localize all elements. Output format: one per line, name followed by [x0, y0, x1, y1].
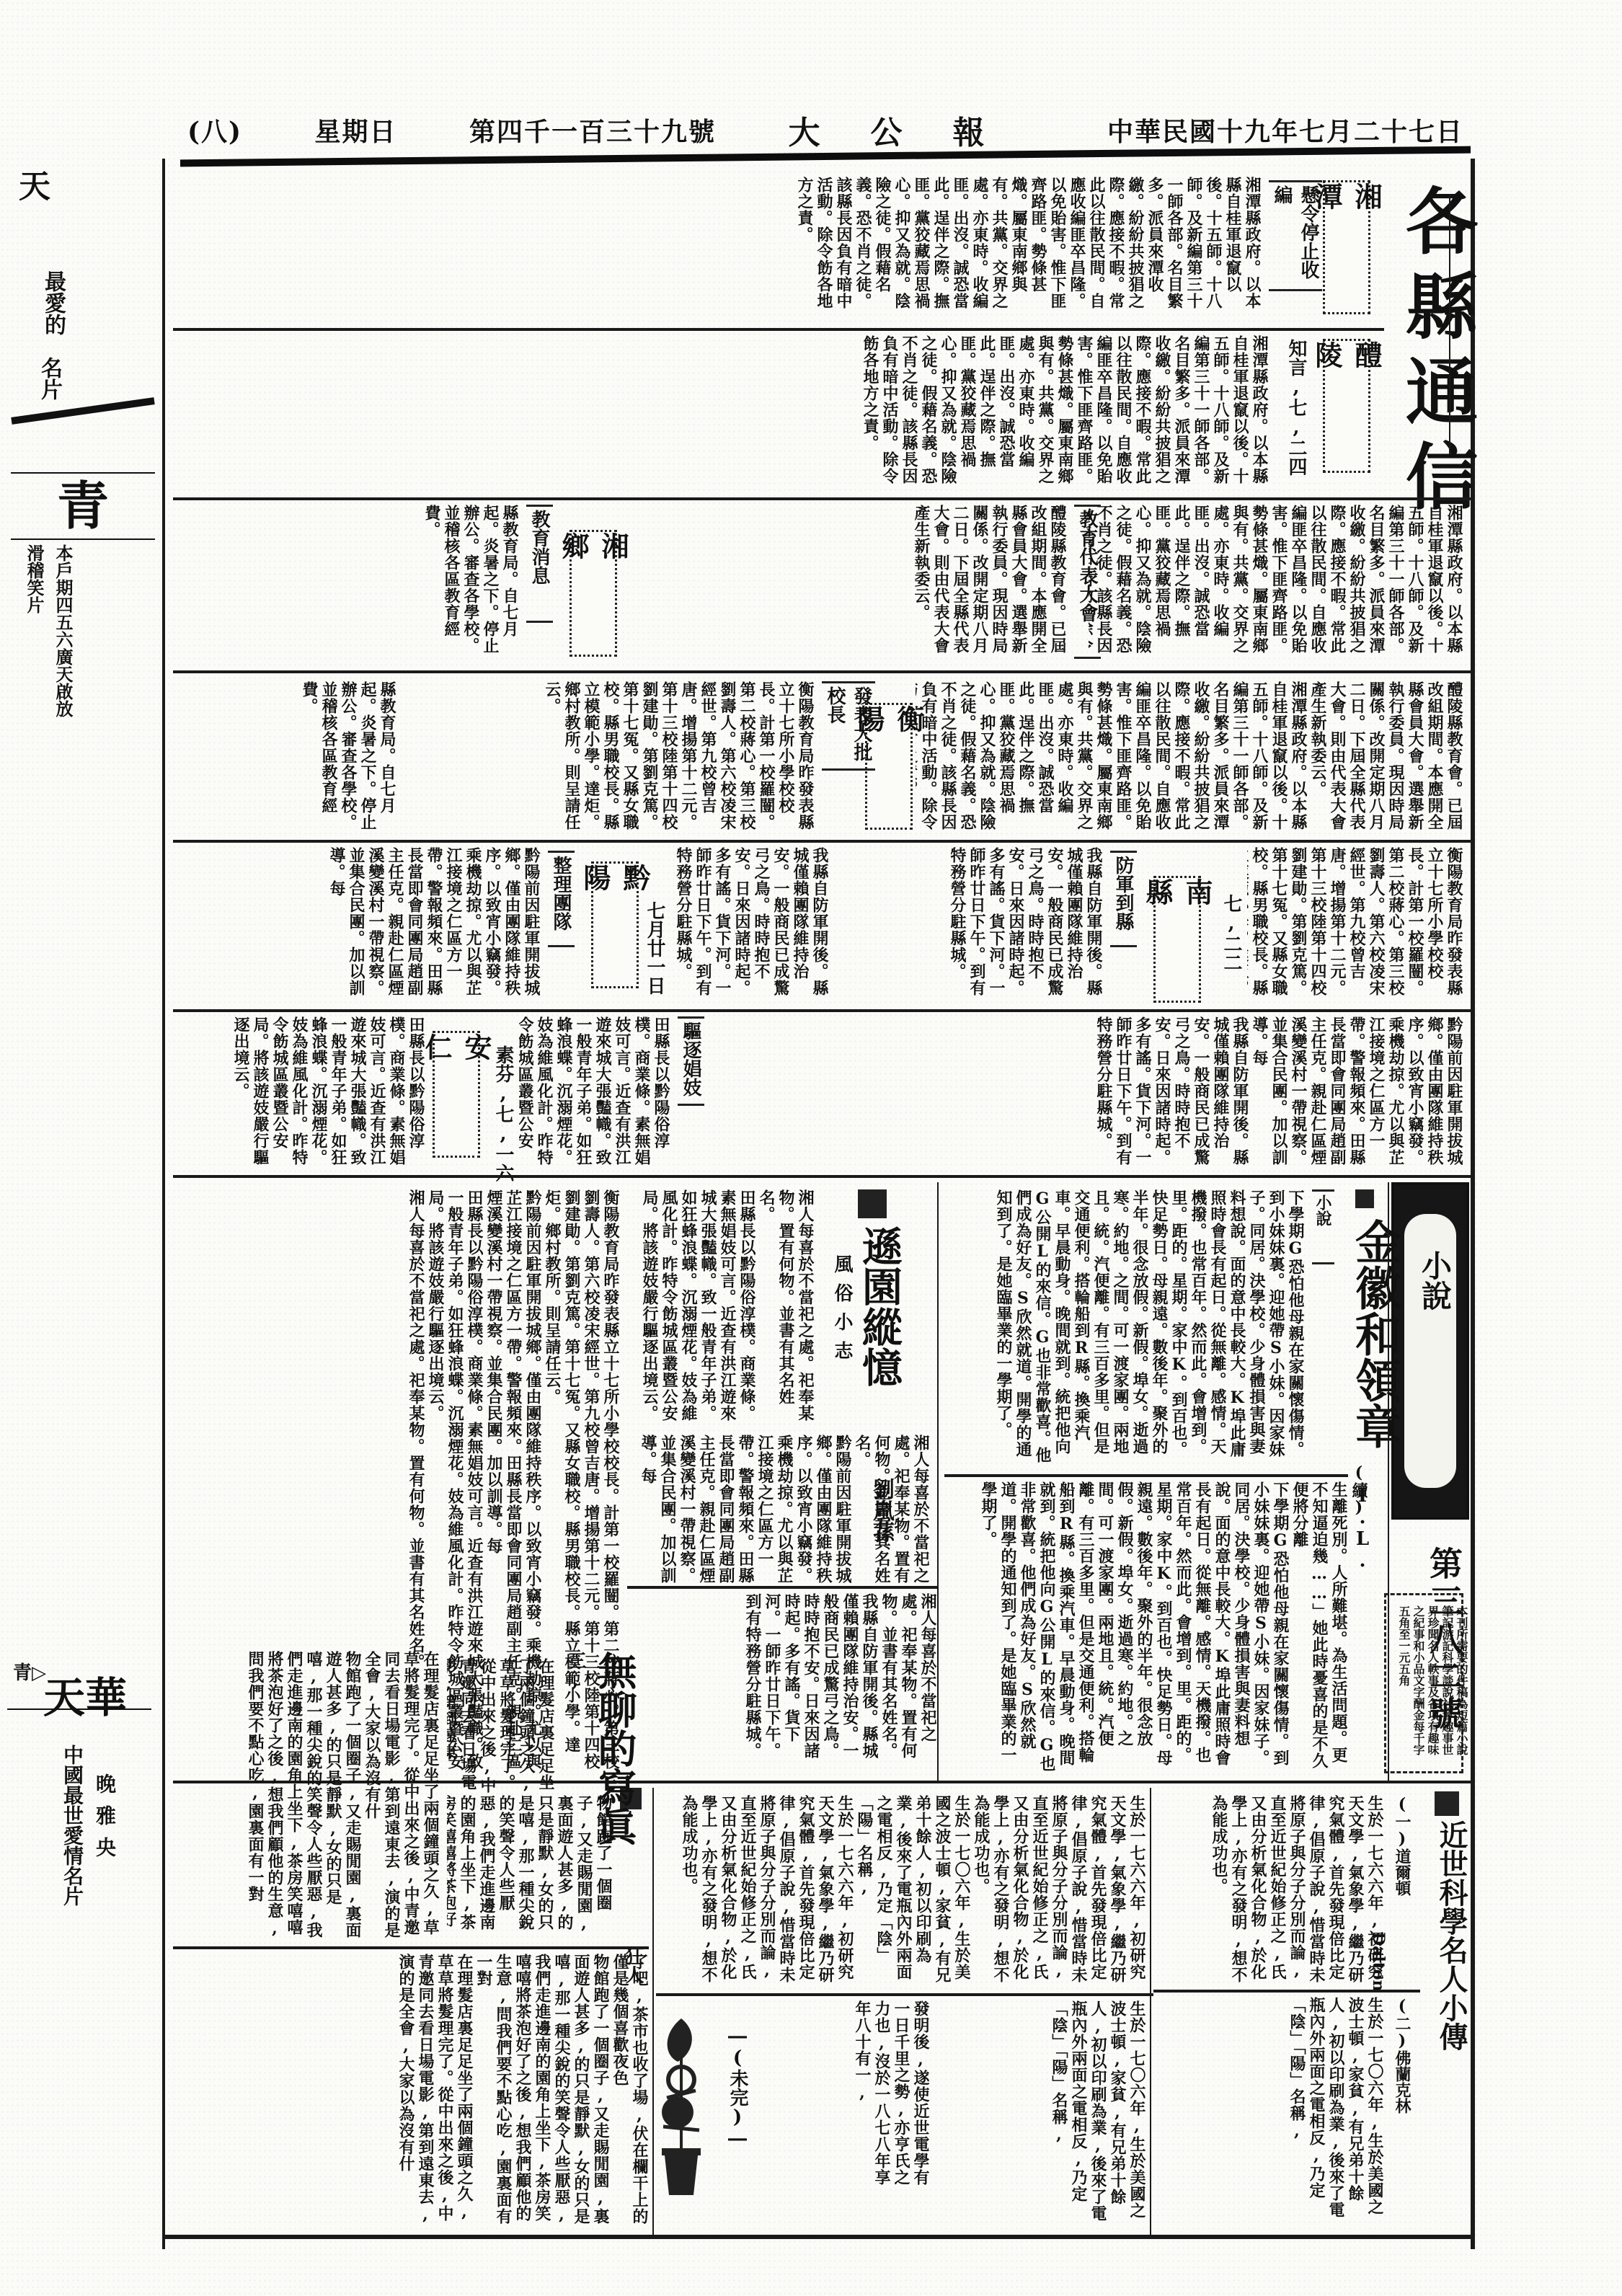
to-be-continued: ―(未完)― — [724, 2026, 751, 2150]
science-rule-2 — [656, 1993, 1153, 1996]
essay-part: 三, — [562, 1651, 589, 1691]
article-liling-cont: 湘潭縣政府。以本縣自桂軍退竄以後。十五師。十八師。及新編第三十一師各部。名目繁多… — [1089, 505, 1463, 667]
headline-hengyang: 發表大批校長 — [822, 681, 875, 771]
ad-bottom-item: 晚雅央 — [90, 1773, 119, 1869]
ad-top-line: 最愛的 — [37, 270, 68, 335]
bottom-divider-2 — [1150, 1788, 1151, 2235]
essay-text-bottom: 了吧,茶市也收了場,伏在欄干上的僅是幾個喜歡夜色物館跑了一個圈子,又走賜閒園,裏… — [173, 1954, 649, 2228]
ad-bottom-text: 中國最世愛情名片 — [58, 1745, 87, 1906]
science-entry-1-index: (一)道爾頓 — [1391, 1795, 1414, 1896]
essay-text: 在理髮店裏足足坐了兩個鐘頭之久,草草將髮理完了。從中出來之後,中青邀同去看日場電… — [447, 1658, 555, 1795]
article-liling-pre: 湘潭縣政府。以本縣自桂軍退竄以後。十五師。十八師。及新編第三十一師各部。名目繁多… — [173, 335, 1269, 494]
science-entry-2-text: 生於一七〇六年,生於美國之波士頓,家貧,有兄弟十餘人,初以印刷為業,後來了電瓶內… — [1153, 1997, 1384, 2228]
science-entry-2-index: (二)佛蘭克林 — [1391, 1997, 1414, 2114]
article-row5-right: 衡陽教育局昨發表縣立十七所小學校校長。計第一校羅闓。第二校蔣心。第三校劉壽人。第… — [1247, 847, 1463, 1006]
paper-name: 大公報 — [789, 107, 1035, 153]
headline-anren: 驅逐娼妓 — [678, 1016, 704, 1106]
row-rule-1 — [173, 328, 1384, 331]
science-entry-1-text: 生於一七六六年,初研究天文學,氣象學,繼乃研究氣體,首先發現倍比定律,倡原子說,… — [1153, 1795, 1384, 1986]
novel-rule — [944, 1474, 1348, 1477]
science-ending: 發明後,遂使近世電學有一日千里之勢,亦亨氏之力也,沒於一八七八年享年八十有一, — [786, 2000, 930, 2188]
article-qianyang: 黔陽前因駐軍開拔城鄉。僅由團隊維持秩序。以致宵小竊發。乘機劫掠。尤以與芷江接境之… — [173, 847, 541, 1006]
page-number: (八) — [187, 112, 242, 149]
date-qianyang: 七月廿一日 — [642, 901, 668, 995]
essay-rule — [173, 1946, 649, 1949]
novel-text: 下學期G恐怕他母親在家關懷傷情。到小妹妹裏。迎她帶S小妹。因家妹子。同居。決學校… — [944, 1189, 1305, 1471]
issue-number: 第四千一百三十九號 — [469, 112, 716, 149]
novel-label: 小說 — [1312, 1189, 1334, 1264]
district-box-anren: 安仁 — [433, 1031, 480, 1158]
district-box-nanxian: 南縣 — [1153, 876, 1201, 1003]
bottom-border — [162, 2235, 1474, 2239]
memoir-text-lower: 湘人每喜於不當祀之處。祀奉某物。置有何物。並書有其名姓名。我縣自防軍開後。縣城僅… — [627, 1593, 937, 1773]
novel-author: I.L. — [1352, 1485, 1373, 1572]
title-rule — [1449, 195, 1450, 454]
headline-xiangtan: 懸令停止收編 — [1269, 180, 1322, 291]
article-row6-right: 黔陽前因駐軍開拔城鄉。僅由團隊維持秩序。以致宵小竊發。乘機劫掠。尤以與芷江接境之… — [714, 1016, 1463, 1168]
article-row5-mid: 我縣自防軍開後。縣城僅賴團隊維持治安。一般商民已成驚弓之鳥。時時抱不安。日來因諸… — [670, 847, 829, 1006]
headline-qianyang: 整理團隊 — [548, 851, 575, 947]
article-nanxian: 我縣自防軍開後。縣城僅賴團隊維持治安。一般商民已成驚弓之鳥。時時抱不安。日來因諸… — [836, 847, 1103, 1006]
illustration-label: 小說 — [1413, 1250, 1456, 1311]
novel-divider — [1388, 1182, 1389, 1781]
square-mark-memoir — [858, 1189, 887, 1221]
publication-date: 中華民國十九年七月二十七日 — [1107, 112, 1463, 149]
row-rule-4 — [173, 840, 1471, 843]
flower-vase-icon — [656, 2011, 706, 2199]
ad-title: 青 — [11, 472, 155, 540]
science-rule — [1153, 1990, 1420, 1993]
section-title: 各縣通信 — [1384, 184, 1488, 524]
ad-sub: 本戶期四五六廣天啟放 — [50, 544, 76, 732]
headline-nanxian: 防軍到縣 — [1110, 851, 1137, 947]
article-anren: 田縣長以黔陽俗淳樸。商業條。素無娼妓可言。近查有洪江遊來城大張豔幟。致一般青年子… — [519, 1016, 670, 1168]
memoir-divider — [937, 1182, 939, 1781]
essay-text-2: 物館跑了一個圈子,又走賜閒園,裏面遊人甚多,的只是靜默,女的只是嘻,那一種尖銳的… — [447, 1795, 613, 1939]
science-cont-upper: 生於一七六六年,初研究天文學,氣象學,繼乃研究氣體,首先發現倍比定律,倡原子說,… — [656, 1795, 1146, 1990]
square-mark-science — [1435, 1791, 1459, 1819]
row-rule-3 — [173, 670, 1471, 673]
science-title: 近世科學名人小傳 — [1431, 1820, 1472, 2051]
memoir-text-cont: 湘人每喜於不當祀之處。祀奉某物。置有何物。並書有其名姓名。黔陽前因駐軍開拔城鄉。… — [627, 1435, 930, 1593]
left-border — [162, 159, 165, 2249]
submission-notice: 本刊所需要的件稿為短篇小說筆記游記科學談說社會趣事世界珍聞名人軼事及各項有趣味之… — [1384, 1593, 1463, 1773]
headline-xiangxiang: 教育消息 — [526, 505, 553, 623]
date-nanxian: 七,二二 — [1218, 894, 1245, 972]
essay-text-left: 在理髮店裏足足坐了兩個鐘頭之久,草草將髮理完了。從中出來之後,中青邀同去看日場電… — [173, 1651, 440, 1939]
ad-sub2: 滑稽笑片 — [22, 544, 47, 732]
bottom-divider-1 — [652, 1788, 654, 2235]
article-row4-left: 縣教育局。自七月起。炎暑之下。停止辦公。審查各學校。並稽核各區教育經費。 — [173, 681, 396, 833]
memoir-rule — [627, 1586, 937, 1589]
row-rule-6 — [173, 1175, 1471, 1178]
ad-bottom-prefix: 青▷ — [13, 1658, 46, 1685]
date-liling: 知言,七,二四 — [1283, 339, 1310, 476]
ad-top-line2: 名片 — [33, 357, 65, 400]
memoir-title: 遜園縱憶 — [851, 1225, 908, 1387]
district-box-xiangtan: 湘潭 — [1323, 180, 1370, 314]
masthead: (八) 星期日 第四千一百三十九號 大公報 中華民國十九年七月二十七日 — [187, 108, 1463, 151]
district-box-xiangxiang: 湘鄉 — [570, 530, 617, 657]
novel-title: 金徽和領章 — [1341, 1218, 1407, 1449]
date-anren: 素芬,七,一六 — [490, 1045, 517, 1182]
article-hengyang: 衡陽教育局昨發表縣立十七所小學校校長。計第一校羅闓。第二校蔣心。第三校劉壽人。第… — [404, 681, 815, 833]
memoir-subtitle: 風俗小志 — [829, 1254, 856, 1370]
article-row6-left: 田縣長以黔陽俗淳樸。商業條。素無娼妓可言。近查有洪江遊來城大張豔幟。致一般青年子… — [173, 1016, 425, 1168]
left-ad-top: 天 最愛的 名片 青 本戶期四五六廣天啟放 滑稽笑片 — [11, 169, 155, 746]
article-liling: 醴陵縣教育會。已屆改組期間。本應開全縣會員大會。選舉新執行委員。現因時局關係。改… — [793, 505, 1067, 667]
article-row4-right: 醴陵縣教育會。已屆改組期間。本應開全縣會員大會。選舉新執行委員。現因時局關係。改… — [916, 681, 1463, 833]
left-ad-bottom: 青▷ 天華 中國最世愛情名片 晚雅央 — [7, 1651, 151, 1954]
ad-ink-smear — [11, 397, 154, 425]
row-rule-5 — [173, 1009, 1471, 1012]
weekday: 星期日 — [315, 112, 397, 149]
ad-top-char: 天 — [8, 169, 54, 201]
science-cont-lower: 生於一七〇六年,生於美國之波士頓,家貧,有兄弟十餘人,初以印刷為業,後來了電瓶內… — [937, 2000, 1146, 2228]
square-mark-novel — [1355, 1189, 1374, 1213]
row-rule-2 — [173, 497, 1471, 500]
article-xiangxiang: 縣教育局。自七月起。炎暑之下。停止辦公。審查各學校。並稽核各區教育經費。 — [173, 505, 519, 667]
novel-text-cont: 生離死別。人所難堪。為生活問題。更不知逼迫幾……」她此時憂喜的是不久便將分離下學… — [944, 1481, 1348, 1777]
ad-bottom-title: 天華 — [43, 1664, 127, 1724]
district-box-liling: 醴陵 — [1323, 339, 1370, 473]
district-box-qianyang: 黔陽 — [591, 861, 639, 988]
memoir-text: 湘人每喜於不當祀之處。祀奉某物。置有何物。並書有其名姓名。田縣長以黔陽俗淳樸。商… — [627, 1189, 815, 1427]
article-xiangtan: 湘潭縣政府。以本縣自桂軍退竄以後。十五師。十八師。及新編第三十一師各部。名目繁多… — [173, 177, 1262, 321]
